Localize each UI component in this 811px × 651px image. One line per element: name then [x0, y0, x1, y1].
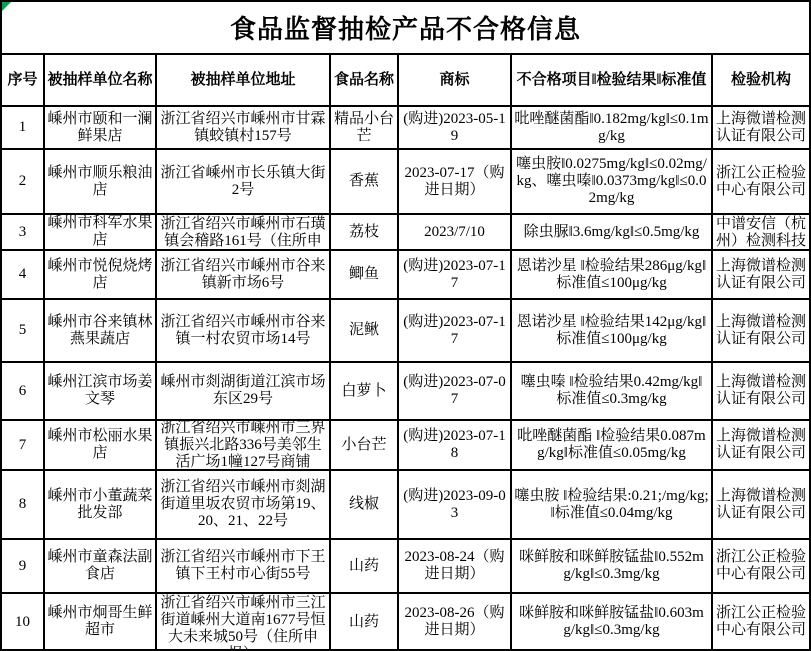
column-header-seq: 序号: [2, 55, 45, 107]
food-cell: 小台芒: [331, 421, 399, 471]
brand-cell: 2023-08-26（购进日期）: [399, 594, 512, 651]
agency-cell: 中谱安信（杭州）检测科技: [713, 215, 809, 251]
agency-cell: 上海微谱检测认证有限公司: [713, 421, 809, 471]
food-cell: 鲫鱼: [331, 251, 399, 300]
food-cell: 泥鳅: [331, 300, 399, 363]
seq-cell: 8: [2, 471, 45, 540]
unit-name-cell: 嵊州市谷来镇林燕果蔬店: [45, 300, 157, 363]
seq-cell: 9: [2, 540, 45, 594]
address-cell: 浙江省绍兴市嵊州市剡湖街道里坂农贸市场第19、20、21、22号: [157, 471, 331, 540]
address-cell: 浙江省绍兴市嵊州市三江街道嵊州大道南1677号恒大未来城50号（住所申报）: [157, 594, 331, 651]
food-cell: 山药: [331, 594, 399, 651]
result-cell: 咪鲜胺和咪鲜胺锰盐‖0.552mg/kg‖≤0.3mg/kg: [512, 540, 713, 594]
inspection-table: 序号 被抽样单位名称 被抽样单位地址 食品名称 商标 不合格项目‖检验结果‖标准…: [2, 55, 809, 651]
address-cell: 浙江省嵊州市长乐镇大街2号: [157, 150, 331, 215]
result-cell: 咪鲜胺和咪鲜胺锰盐‖0.603mg/kg‖≤0.3mg/kg: [512, 594, 713, 651]
result-cell: 噻虫嗪 ‖检验结果0.42mg/kg‖标准值≤0.3mg/kg: [512, 363, 713, 421]
unit-name-cell: 嵊州市炯哥生鲜超市: [45, 594, 157, 651]
seq-cell: 2: [2, 150, 45, 215]
unit-name-cell: 嵊州市松丽水果店: [45, 421, 157, 471]
seq-cell: 7: [2, 421, 45, 471]
seq-cell: 1: [2, 107, 45, 150]
food-cell: 线椒: [331, 471, 399, 540]
brand-cell: 2023-08-24（购进日期）: [399, 540, 512, 594]
agency-cell: 上海微谱检测认证有限公司: [713, 363, 809, 421]
unit-name-cell: 嵊州市悦倪烧烤店: [45, 251, 157, 300]
column-header-result: 不合格项目‖检验结果‖标准值: [512, 55, 713, 107]
brand-cell: (购进)2023-07-07: [399, 363, 512, 421]
food-cell: 荔枝: [331, 215, 399, 251]
address-cell: 浙江省绍兴市嵊州市谷来镇新市场6号: [157, 251, 331, 300]
agency-cell: 上海微谱检测认证有限公司: [713, 107, 809, 150]
agency-cell: 上海微谱检测认证有限公司: [713, 471, 809, 540]
result-cell: 吡唑醚菌酯‖0.182mg/kg‖≤0.1mg/kg: [512, 107, 713, 150]
seq-cell: 5: [2, 300, 45, 363]
food-cell: 香蕉: [331, 150, 399, 215]
result-cell: 除虫脲‖3.6mg/kg‖≤0.5mg/kg: [512, 215, 713, 251]
column-header-food: 食品名称: [331, 55, 399, 107]
seq-cell: 4: [2, 251, 45, 300]
green-corner-marker-icon: [2, 2, 11, 11]
column-header-unit: 被抽样单位名称: [45, 55, 157, 107]
unit-name-cell: 嵊州市顺乐粮油店: [45, 150, 157, 215]
address-cell: 浙江省绍兴市嵊州市下王镇下王村市心街55号: [157, 540, 331, 594]
agency-cell: 上海微谱检测认证有限公司: [713, 251, 809, 300]
food-cell: 精品小台芒: [331, 107, 399, 150]
address-cell: 嵊州市剡湖街道江滨市场东区29号: [157, 363, 331, 421]
address-cell: 浙江省绍兴市嵊州市三界镇振兴北路336号美邻生活广场1幢127号商铺: [157, 421, 331, 471]
brand-cell: 2023-07-17（购进日期）: [399, 150, 512, 215]
result-cell: 吡唑醚菌酯 ‖检验结果0.087mg/kg‖标准值≤0.05mg/kg: [512, 421, 713, 471]
brand-cell: (购进)2023-07-18: [399, 421, 512, 471]
unit-name-cell: 嵊州市童森法副食店: [45, 540, 157, 594]
food-cell: 山药: [331, 540, 399, 594]
agency-cell: 浙江公正检验中心有限公司: [713, 150, 809, 215]
column-header-address: 被抽样单位地址: [157, 55, 331, 107]
brand-cell: (购进)2023-07-17: [399, 251, 512, 300]
seq-cell: 10: [2, 594, 45, 651]
result-cell: 恩诺沙星 ‖检验结果286μg/kg‖标准值≤100μg/kg: [512, 251, 713, 300]
result-cell: 恩诺沙星 ‖检验结果142μg/kg‖标准值≤100μg/kg: [512, 300, 713, 363]
agency-cell: 浙江公正检验中心有限公司: [713, 594, 809, 651]
food-cell: 白萝卜: [331, 363, 399, 421]
unit-name-cell: 嵊州市科军水果店: [45, 215, 157, 251]
brand-cell: (购进)2023-05-19: [399, 107, 512, 150]
seq-cell: 6: [2, 363, 45, 421]
brand-cell: (购进)2023-09-03: [399, 471, 512, 540]
agency-cell: 上海微谱检测认证有限公司: [713, 300, 809, 363]
agency-cell: 浙江公正检验中心有限公司: [713, 540, 809, 594]
result-cell: 噻虫胺 ‖检验结果:0.21;/mg/kg;‖标准值≤0.04mg/kg: [512, 471, 713, 540]
seq-cell: 3: [2, 215, 45, 251]
address-cell: 浙江省绍兴市嵊州市甘霖镇蛟镇村157号: [157, 107, 331, 150]
address-cell: 浙江省绍兴市嵊州市石璜镇会稽路161号（住所申: [157, 215, 331, 251]
address-cell: 浙江省绍兴市嵊州市谷来镇一村农贸市场14号: [157, 300, 331, 363]
inspection-table-sheet: 食品监督抽检产品不合格信息 序号 被抽样单位名称 被抽样单位地址 食品名称 商标…: [0, 0, 811, 651]
unit-name-cell: 嵊州江滨市场姜文琴: [45, 363, 157, 421]
result-cell: 噻虫胺‖0.0275mg/kg‖≤0.02mg/kg、噻虫嗪‖0.0373mg/…: [512, 150, 713, 215]
brand-cell: 2023/7/10: [399, 215, 512, 251]
column-header-agency: 检验机构: [713, 55, 809, 107]
column-header-brand: 商标: [399, 55, 512, 107]
unit-name-cell: 嵊州市颐和一澜鲜果店: [45, 107, 157, 150]
brand-cell: (购进)2023-07-17: [399, 300, 512, 363]
unit-name-cell: 嵊州市小董蔬菜批发部: [45, 471, 157, 540]
page-title: 食品监督抽检产品不合格信息: [2, 2, 809, 55]
